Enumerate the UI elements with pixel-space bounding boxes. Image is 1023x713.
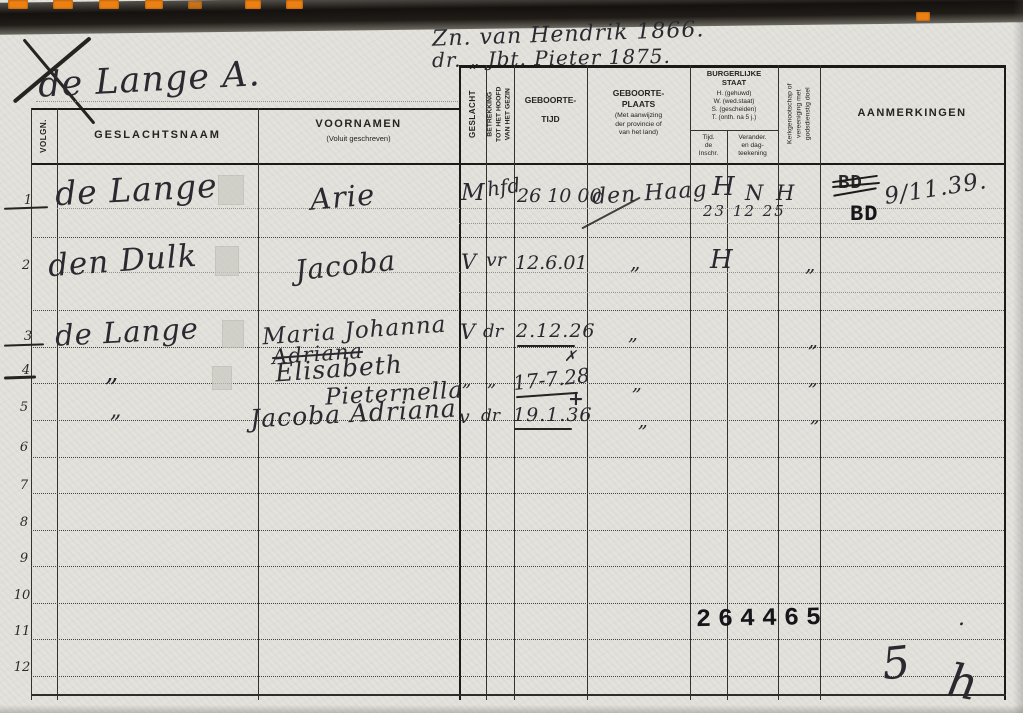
row-separator <box>31 566 1004 567</box>
surname-ditto: „ <box>110 398 122 423</box>
row-separator <box>31 639 1004 640</box>
relation-entry: vr <box>486 249 506 271</box>
birthplace-ditto: „ <box>638 410 649 432</box>
church-entry: N H <box>745 181 797 205</box>
scan-artifact-mark <box>245 0 261 9</box>
row-separator <box>31 530 1004 531</box>
row-separator <box>31 347 1004 348</box>
erasure-smudge <box>215 246 239 276</box>
sex-entry: v <box>459 406 471 428</box>
scan-artifact-mark <box>99 0 119 9</box>
date-underline <box>514 428 572 430</box>
row-separator <box>31 457 1004 458</box>
relation-ditto: „ <box>487 370 497 391</box>
column-header-volgnr: VOLGN. <box>31 108 57 163</box>
column-header-geslacht: GESLACHT <box>459 65 486 163</box>
sex-entry: M <box>461 180 486 206</box>
scan-artifact-mark <box>188 1 202 9</box>
column-header-aanmerkingen: AANMERKINGEN <box>820 65 1004 163</box>
scan-artifact-mark <box>286 0 303 9</box>
firstname-entry: Jacoba <box>294 244 398 287</box>
birthplace-ditto: „ <box>630 250 641 274</box>
civil-status-entry: H <box>710 245 734 275</box>
surname-ditto: „ <box>105 358 119 388</box>
table-bottom-border <box>31 694 1006 696</box>
surname-entry: de Lange <box>54 166 218 213</box>
column-header-kerkgenootschap: Kerkgenootschap of vereeniging met godsd… <box>778 65 820 163</box>
column-header-betrekking: BETREKKING TOT HET HOOFD VAN HET GEZIN <box>486 65 514 163</box>
remark-date-script: 9/11.39. <box>883 168 989 210</box>
card-title-family-name: de Lange A. <box>37 54 261 106</box>
row-separator <box>31 603 1004 604</box>
relation-entry: dr <box>481 406 500 426</box>
ink-dot: . <box>958 606 966 631</box>
row-number: 8 <box>14 515 34 530</box>
row-number: 10 <box>10 588 34 603</box>
bd-stamp: BD <box>850 202 878 227</box>
row-number: 12 <box>10 660 34 675</box>
row-number: 3 <box>18 329 38 344</box>
church-ditto: „ <box>808 368 819 390</box>
scan-artifact-mark <box>8 0 28 9</box>
row-number: 2 <box>16 258 36 273</box>
church-ditto: „ <box>805 252 816 276</box>
row-separator <box>31 676 1004 677</box>
scan-edge-shadow <box>0 705 1023 713</box>
row-number: 5 <box>14 400 34 415</box>
table-border <box>31 163 1006 165</box>
scan-edge-shadow <box>1013 0 1023 713</box>
church-ditto: „ <box>810 405 821 427</box>
row-separator <box>31 493 1004 494</box>
footer-letter-mark: h <box>944 653 984 712</box>
title-rule <box>36 101 458 102</box>
column-header-geboortetijd: GEBOORTE- TIJD <box>514 95 587 124</box>
footer-number-mark: 5 <box>879 637 913 691</box>
birthdate-entry: 19.1.36 <box>513 404 593 426</box>
erasure-smudge <box>218 175 244 205</box>
check-mark: ✗ <box>564 347 577 365</box>
column-header-burgerlijke-staat: BURGERLIJKE STAAT H. (gehuwd) W. (wed.st… <box>690 69 778 122</box>
birthdate-entry: 2.12.26 <box>516 320 596 342</box>
birthdate-entry: 12.6.01 <box>515 252 588 274</box>
erasure-smudge <box>212 366 232 390</box>
row-separator <box>31 237 1004 238</box>
scan-artifact-mark <box>53 0 73 9</box>
sex-entry: V <box>460 320 476 344</box>
table-border <box>690 130 778 131</box>
erasure-smudge <box>222 320 244 348</box>
column-line <box>1004 65 1006 700</box>
writing-guide-line <box>459 223 1004 224</box>
row-number: 11 <box>10 624 34 639</box>
row-number: 6 <box>14 440 34 455</box>
church-ditto: „ <box>808 330 819 352</box>
column-header-burg-tijd-inschr: Tijd. de Inschr. <box>690 134 727 159</box>
row-number: 9 <box>14 551 34 566</box>
hand-dash <box>4 206 48 210</box>
scan-artifact-mark <box>916 12 930 21</box>
birthdate-entry: 26 10 00 <box>517 185 602 207</box>
sex-entry: V <box>461 250 477 274</box>
firstname-entry: Arie <box>309 177 377 217</box>
firstname-entry: Jacoba Adriana <box>249 394 457 434</box>
birthplace-ditto: „ <box>628 323 639 345</box>
column-header-voornamen: VOORNAMEN (Voluit geschreven) <box>258 118 459 143</box>
birthplace-ditto: „ <box>632 373 643 395</box>
civil-status-entry: H <box>712 172 736 202</box>
row-separator <box>31 310 1004 311</box>
registration-number-stamp: 264465 <box>696 603 829 634</box>
sex-ditto: „ <box>462 370 472 391</box>
surname-entry: den Dulk <box>47 238 199 284</box>
relation-entry: dr <box>483 321 503 342</box>
column-header-geboorteplaats: GEBOORTE- PLAATS (Met aanwijzing der pro… <box>587 88 690 138</box>
column-header-geslachtsnaam: GESLACHTSNAAM <box>57 108 258 163</box>
writing-guide-line <box>459 292 1004 293</box>
row-number: 7 <box>14 478 34 493</box>
scan-artifact-mark <box>145 0 163 9</box>
gezinskaart-document: Zn. van Hendrik 1866. dr. „ Jbt. Pieter … <box>0 0 1023 713</box>
column-header-burg-verander: Verander. en dag- teekening <box>727 134 778 159</box>
